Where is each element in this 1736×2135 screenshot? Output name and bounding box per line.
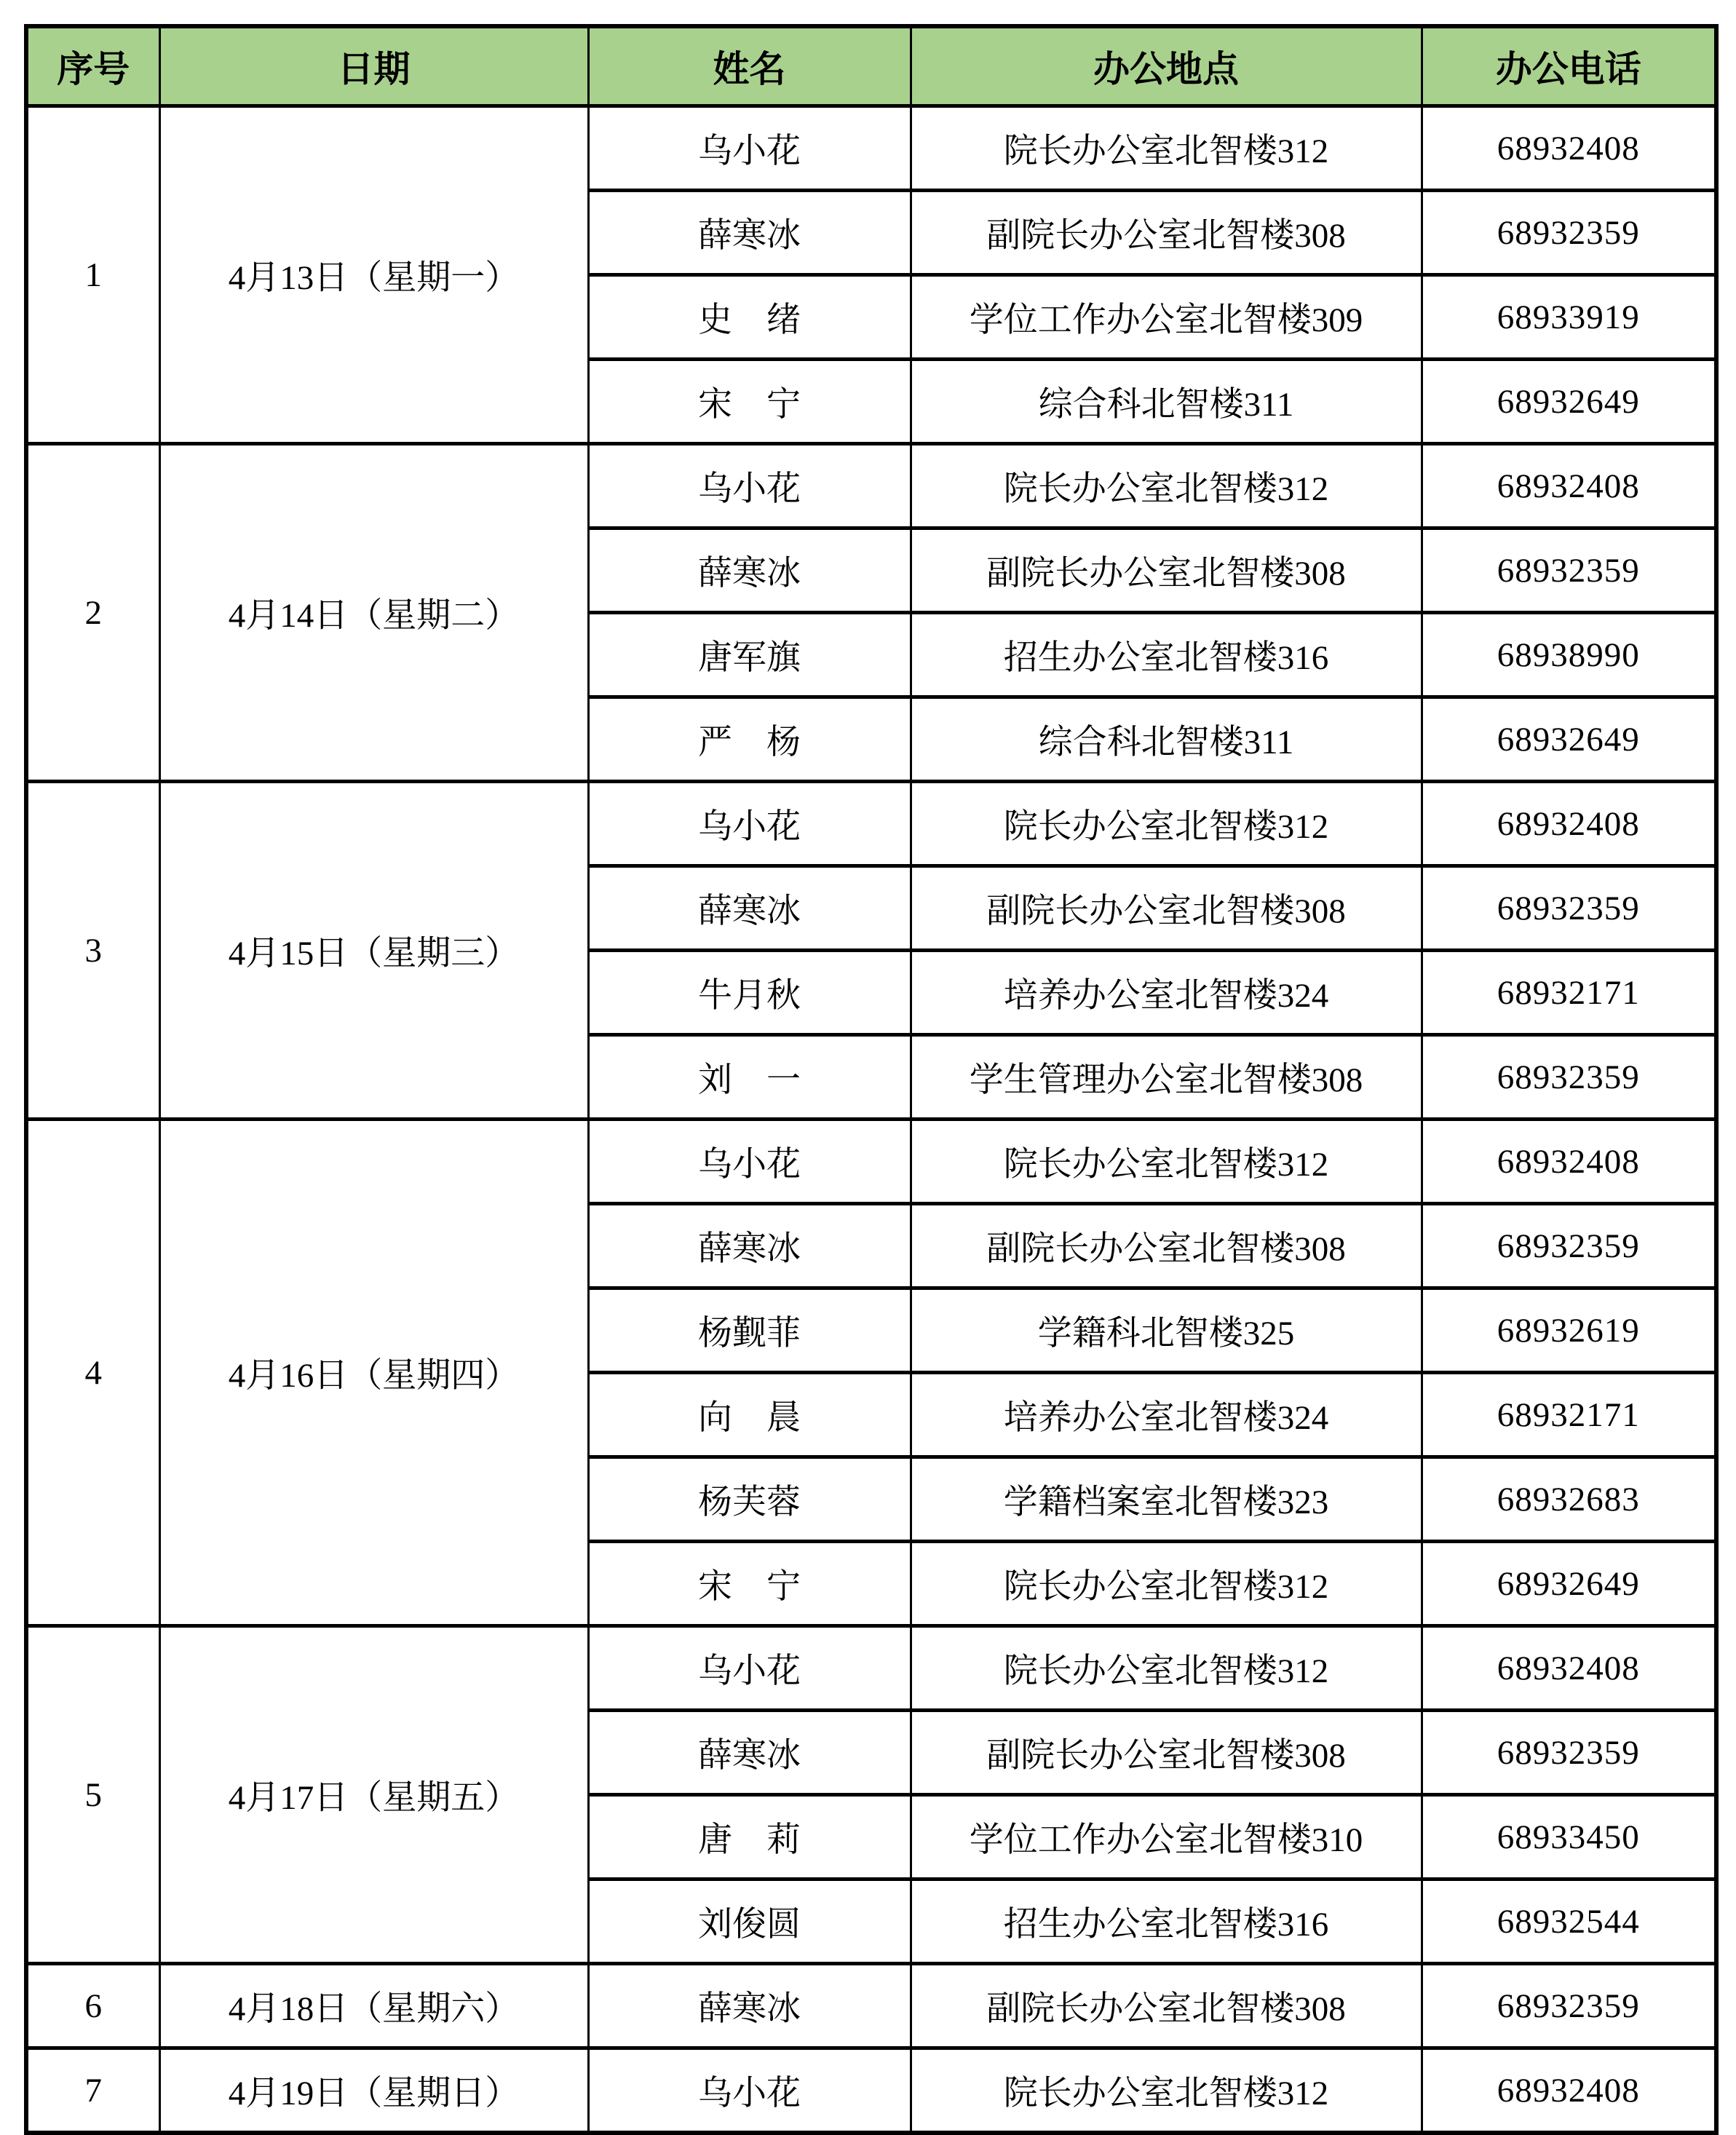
location-cell: 院长办公室北智楼312 [911,444,1422,528]
table-row: 34月15日（星期三）乌小花院长办公室北智楼31268932408 [26,782,1716,866]
name-cell: 唐 莉 [588,1795,911,1879]
duty-table-body: 14月13日（星期一）乌小花院长办公室北智楼31268932408薛寒冰副院长办… [26,106,1716,2134]
phone-cell: 68932649 [1422,697,1716,782]
phone-cell: 68932408 [1422,1626,1716,1711]
serial-cell: 5 [26,1626,159,1964]
name-cell: 乌小花 [588,782,911,866]
location-cell: 综合科北智楼311 [911,697,1422,782]
table-row: 54月17日（星期五）乌小花院长办公室北智楼31268932408 [26,1626,1716,1711]
phone-cell: 68932408 [1422,1120,1716,1204]
name-cell: 唐军旗 [588,613,911,697]
serial-cell: 1 [26,106,159,444]
location-cell: 院长办公室北智楼312 [911,106,1422,191]
name-cell: 乌小花 [588,2048,911,2134]
name-cell: 薛寒冰 [588,528,911,613]
date-cell: 4月13日（星期一） [159,106,588,444]
location-cell: 副院长办公室北智楼308 [911,528,1422,613]
name-cell: 薛寒冰 [588,1964,911,2048]
phone-cell: 68932408 [1422,444,1716,528]
location-cell: 副院长办公室北智楼308 [911,1204,1422,1288]
table-row: 74月19日（星期日）乌小花院长办公室北智楼31268932408 [26,2048,1716,2134]
location-cell: 副院长办公室北智楼308 [911,1964,1422,2048]
name-cell: 薛寒冰 [588,191,911,275]
name-cell: 杨觐菲 [588,1288,911,1373]
page: 序号日期姓名办公地点办公电话 14月13日（星期一）乌小花院长办公室北智楼312… [0,0,1736,2077]
header-cell-col-phone: 办公电话 [1422,26,1716,106]
phone-cell: 68932359 [1422,1035,1716,1120]
date-cell: 4月18日（星期六） [159,1964,588,2048]
location-cell: 院长办公室北智楼312 [911,1542,1422,1626]
location-cell: 综合科北智楼311 [911,360,1422,444]
duty-table: 序号日期姓名办公地点办公电话 14月13日（星期一）乌小花院长办公室北智楼312… [24,24,1719,2135]
name-cell: 宋 宁 [588,1542,911,1626]
phone-cell: 68932359 [1422,1204,1716,1288]
name-cell: 薛寒冰 [588,1204,911,1288]
duty-table-header: 序号日期姓名办公地点办公电话 [26,26,1716,106]
phone-cell: 68933919 [1422,275,1716,360]
serial-cell: 4 [26,1120,159,1626]
table-row: 14月13日（星期一）乌小花院长办公室北智楼31268932408 [26,106,1716,191]
location-cell: 副院长办公室北智楼308 [911,191,1422,275]
phone-cell: 68932619 [1422,1288,1716,1373]
serial-cell: 2 [26,444,159,782]
name-cell: 牛月秋 [588,951,911,1035]
name-cell: 薛寒冰 [588,866,911,951]
name-cell: 乌小花 [588,444,911,528]
header-cell-col-name: 姓名 [588,26,911,106]
table-row: 64月18日（星期六）薛寒冰副院长办公室北智楼30868932359 [26,1964,1716,2048]
name-cell: 杨芙蓉 [588,1457,911,1542]
phone-cell: 68933450 [1422,1795,1716,1879]
name-cell: 刘 一 [588,1035,911,1120]
location-cell: 学籍档案室北智楼323 [911,1457,1422,1542]
location-cell: 院长办公室北智楼312 [911,2048,1422,2134]
header-row: 序号日期姓名办公地点办公电话 [26,26,1716,106]
phone-cell: 68932359 [1422,528,1716,613]
date-cell: 4月19日（星期日） [159,2048,588,2134]
phone-cell: 68932649 [1422,1542,1716,1626]
phone-cell: 68932359 [1422,1711,1716,1795]
location-cell: 学籍科北智楼325 [911,1288,1422,1373]
name-cell: 向 晨 [588,1373,911,1457]
date-cell: 4月17日（星期五） [159,1626,588,1964]
table-row: 24月14日（星期二）乌小花院长办公室北智楼31268932408 [26,444,1716,528]
location-cell: 招生办公室北智楼316 [911,1879,1422,1964]
location-cell: 招生办公室北智楼316 [911,613,1422,697]
phone-cell: 68932171 [1422,951,1716,1035]
serial-cell: 6 [26,1964,159,2048]
phone-cell: 68938990 [1422,613,1716,697]
location-cell: 院长办公室北智楼312 [911,1626,1422,1711]
location-cell: 培养办公室北智楼324 [911,951,1422,1035]
table-row: 44月16日（星期四）乌小花院长办公室北智楼31268932408 [26,1120,1716,1204]
location-cell: 副院长办公室北智楼308 [911,1711,1422,1795]
location-cell: 副院长办公室北智楼308 [911,866,1422,951]
location-cell: 学位工作办公室北智楼310 [911,1795,1422,1879]
name-cell: 乌小花 [588,1120,911,1204]
phone-cell: 68932408 [1422,782,1716,866]
header-cell-col-location: 办公地点 [911,26,1422,106]
name-cell: 乌小花 [588,106,911,191]
location-cell: 学生管理办公室北智楼308 [911,1035,1422,1120]
phone-cell: 68932408 [1422,106,1716,191]
location-cell: 培养办公室北智楼324 [911,1373,1422,1457]
date-cell: 4月16日（星期四） [159,1120,588,1626]
location-cell: 院长办公室北智楼312 [911,782,1422,866]
location-cell: 学位工作办公室北智楼309 [911,275,1422,360]
name-cell: 薛寒冰 [588,1711,911,1795]
header-cell-col-date: 日期 [159,26,588,106]
name-cell: 乌小花 [588,1626,911,1711]
phone-cell: 68932649 [1422,360,1716,444]
date-cell: 4月15日（星期三） [159,782,588,1120]
name-cell: 宋 宁 [588,360,911,444]
phone-cell: 68932171 [1422,1373,1716,1457]
phone-cell: 68932359 [1422,1964,1716,2048]
serial-cell: 3 [26,782,159,1120]
name-cell: 刘俊圆 [588,1879,911,1964]
phone-cell: 68932359 [1422,191,1716,275]
phone-cell: 68932359 [1422,866,1716,951]
header-cell-col-serial: 序号 [26,26,159,106]
name-cell: 史 绪 [588,275,911,360]
name-cell: 严 杨 [588,697,911,782]
serial-cell: 7 [26,2048,159,2134]
date-cell: 4月14日（星期二） [159,444,588,782]
phone-cell: 68932408 [1422,2048,1716,2134]
location-cell: 院长办公室北智楼312 [911,1120,1422,1204]
phone-cell: 68932683 [1422,1457,1716,1542]
phone-cell: 68932544 [1422,1879,1716,1964]
